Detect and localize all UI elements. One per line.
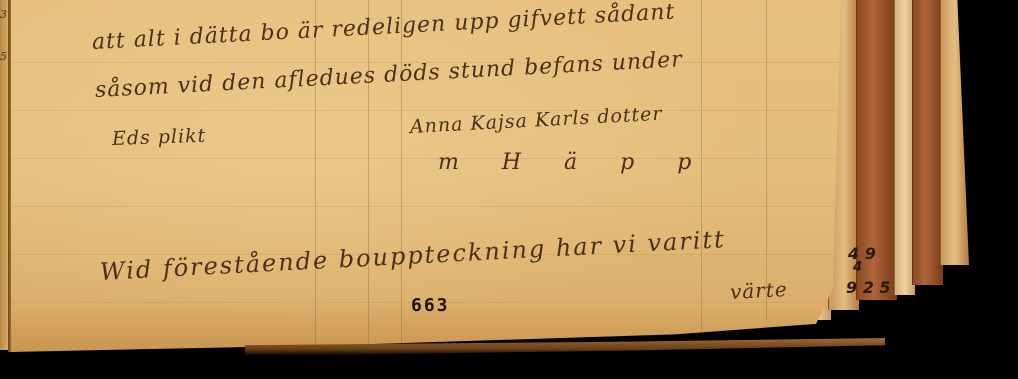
ruled-line <box>11 158 841 159</box>
handwritten-line: Eds plikt <box>112 125 207 150</box>
ruled-line <box>11 206 841 207</box>
handwritten-line: värte <box>729 277 788 304</box>
column-rule <box>368 0 369 350</box>
book-gutter <box>8 0 11 352</box>
signature-mark: m H ä p p <box>438 150 709 175</box>
page-stack-edge <box>912 0 943 285</box>
column-rule <box>766 0 767 320</box>
page-stack-edge <box>940 0 969 265</box>
ruled-line <box>11 110 841 111</box>
margin-number: 5 <box>0 50 7 63</box>
margin-tally: 4 <box>853 260 862 275</box>
stamped-page-number: 663 <box>411 295 450 316</box>
column-rule <box>401 0 402 350</box>
manuscript-photo: 3 5 att alt i dätta bo är redeligen upp … <box>0 0 1018 379</box>
margin-number: 3 <box>0 8 7 21</box>
margin-tally: 9 2 5 <box>846 278 891 297</box>
column-rule <box>315 0 316 350</box>
